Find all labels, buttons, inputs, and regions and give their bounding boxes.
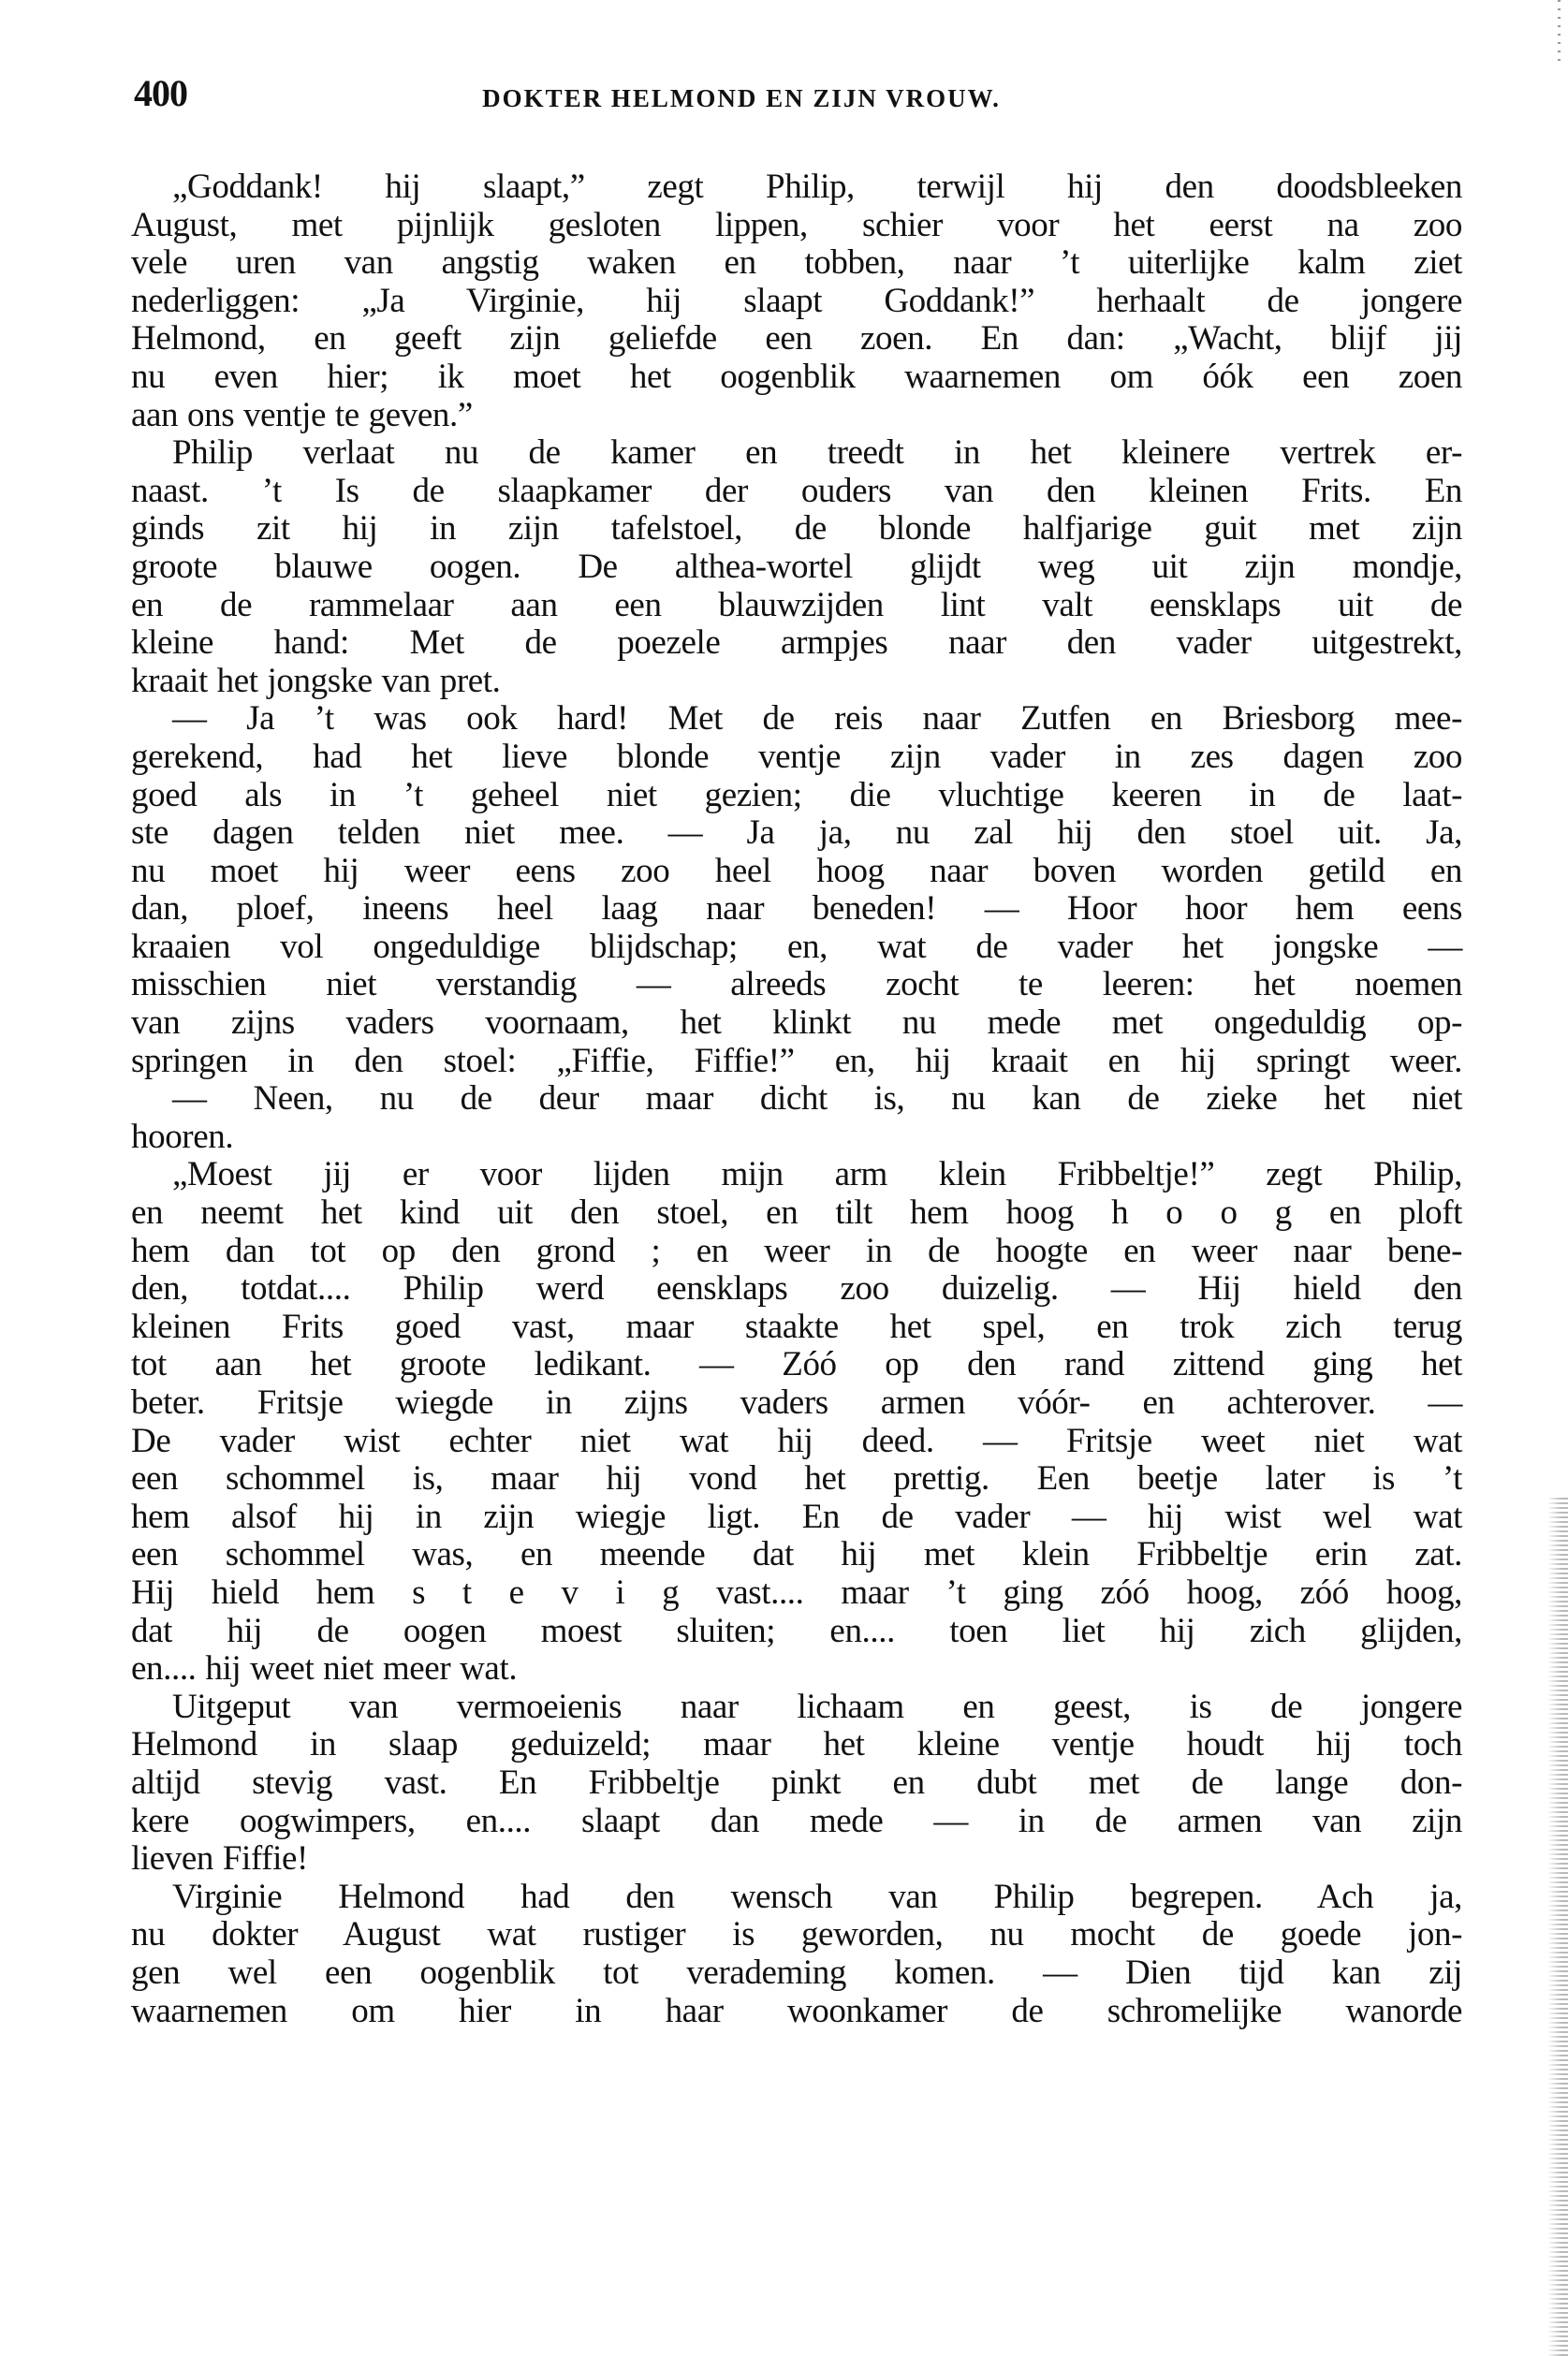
text-line: nederliggen: „Ja Virginie, hij slaapt Go… (131, 283, 1462, 321)
text-line: Helmond, en geeft zijn geliefde een zoen… (131, 320, 1462, 359)
paragraph-first-line: — Neen, nu de deur maar dicht is, nu kan… (131, 1080, 1462, 1119)
text-line: misschien niet verstandig — alreeds zoch… (131, 966, 1462, 1004)
paragraph-first-line: Uitgeput van vermoeienis naar lichaam en… (131, 1689, 1462, 1727)
text-line: August, met pijnlijk gesloten lippen, sc… (131, 207, 1462, 245)
text-line: Hij hield hem s t e v i g vast.... maar … (131, 1574, 1462, 1613)
text-line: goed als in ’t geheel niet gezien; die v… (131, 777, 1462, 815)
text-line: nu even hier; ik moet het oogenblik waar… (131, 359, 1462, 397)
text-line: naast. ’t Is de slaapkamer der ouders va… (131, 473, 1462, 511)
text-line: ginds zit hij in zijn tafelstoel, de blo… (131, 510, 1462, 549)
text-line: gerekend, had het lieve blonde ventje zi… (131, 739, 1462, 777)
text-line: springen in den stoel: „Fiffie, Fiffie!”… (131, 1043, 1462, 1081)
text-line: hooren. (131, 1119, 1462, 1157)
text-line: een schommel is, maar hij vond het prett… (131, 1460, 1462, 1499)
scan-edge-artifact (1547, 1498, 1568, 2356)
running-title: DOKTER HELMOND EN ZIJN VROUW. (134, 84, 1461, 113)
text-line: kere oogwimpers, en.... slaapt dan mede … (131, 1803, 1462, 1841)
paragraph-first-line: „Moest jij er voor lijden mijn arm klein… (131, 1156, 1462, 1194)
text-line: nu moet hij weer eens zoo heel hoog naar… (131, 853, 1462, 891)
text-line: en neemt het kind uit den stoel, en tilt… (131, 1194, 1462, 1233)
text-line: waarnemen om hier in haar woonkamer de s… (131, 1993, 1462, 2031)
text-line: nu dokter August wat rustiger is geworde… (131, 1916, 1462, 1954)
text-line: beter. Fritsje wiegde in zijns vaders ar… (131, 1384, 1462, 1423)
text-line: den, totdat.... Philip werd eensklaps zo… (131, 1270, 1462, 1309)
text-line: een schommel was, en meende dat hij met … (131, 1536, 1462, 1574)
text-line: altijd stevig vast. En Fribbeltje pinkt … (131, 1764, 1462, 1803)
scan-edge-artifact-top (1558, 0, 1561, 66)
text-line: groote blauwe oogen. De althea-wortel gl… (131, 549, 1462, 587)
text-line: De vader wist echter niet wat hij deed. … (131, 1423, 1462, 1461)
text-line: gen wel een oogenblik tot verademing kom… (131, 1954, 1462, 1993)
text-line: en.... hij weet niet meer wat. (131, 1650, 1462, 1689)
text-line: kraait het jongske van pret. (131, 663, 1462, 701)
text-line: Helmond in slaap geduizeld; maar het kle… (131, 1726, 1462, 1764)
paragraph-first-line: „Goddank! hij slaapt,” zegt Philip, terw… (131, 168, 1462, 207)
text-line: ste dagen telden niet mee. — Ja ja, nu z… (131, 814, 1462, 853)
paragraph-first-line: Virginie Helmond had den wensch van Phil… (131, 1879, 1462, 1917)
text-line: kraaien vol ongeduldige blijdschap; en, … (131, 929, 1462, 967)
text-line: kleine hand: Met de poezele armpjes naar… (131, 624, 1462, 663)
paragraph-first-line: Philip verlaat nu de kamer en treedt in … (131, 434, 1462, 473)
text-line: hem dan tot op den grond ; en weer in de… (131, 1233, 1462, 1271)
text-line: aan ons ventje te geven.” (131, 397, 1462, 435)
page-header: 400 DOKTER HELMOND EN ZIJN VROUW. (134, 71, 1461, 118)
text-line: van zijns vaders voornaam, het klinkt nu… (131, 1004, 1462, 1043)
text-line: hem alsof hij in zijn wiegje ligt. En de… (131, 1499, 1462, 1537)
text-line: vele uren van angstig waken en tobben, n… (131, 244, 1462, 283)
text-line: dat hij de oogen moest sluiten; en.... t… (131, 1613, 1462, 1651)
text-line: lieven Fiffie! (131, 1840, 1462, 1879)
text-line: dan, ploef, ineens heel laag naar benede… (131, 890, 1462, 929)
text-line: en de rammelaar aan een blauwzijden lint… (131, 587, 1462, 625)
paragraph-first-line: — Ja ’t was ook hard! Met de reis naar Z… (131, 700, 1462, 739)
body-text: „Goddank! hij slaapt,” zegt Philip, terw… (131, 168, 1462, 2030)
text-line: tot aan het groote ledikant. — Zóó op de… (131, 1346, 1462, 1384)
text-line: kleinen Frits goed vast, maar staakte he… (131, 1309, 1462, 1347)
